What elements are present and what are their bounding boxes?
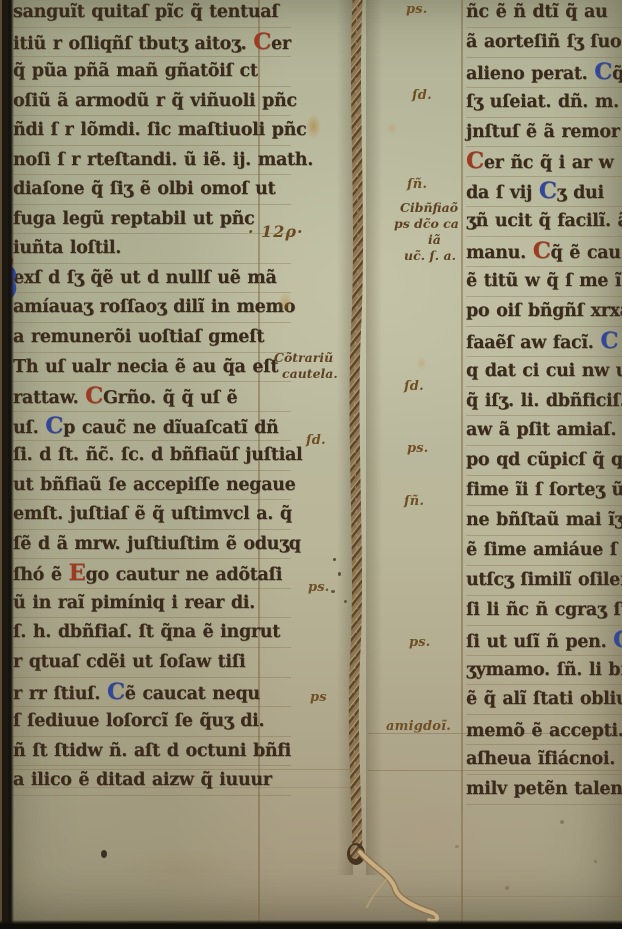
text-line: q̃ iſʒ. li. dbñficiſ. bbox=[466, 387, 622, 417]
text-segment: aw ã pſit amiaſ. r bbox=[466, 420, 622, 440]
text-line: uſ. Cp cauc̃ ne dĩuaſcatĩ dñ bbox=[13, 412, 291, 442]
text-segment: ẽ q̃ alĩ ſtati obliu bbox=[466, 689, 622, 709]
text-segment: ſ. h. dbñfiaſ. ſt q̃na ẽ ingrut bbox=[13, 622, 280, 642]
margin-note: ps. bbox=[409, 635, 431, 650]
text-segment: ſẽ d ã mrw. juſtiuſtim ẽ oduʒq bbox=[13, 534, 301, 554]
text-segment: go cautur ne adõtaſi bbox=[86, 565, 283, 585]
text-line: alieno perat. Cq̃ bbox=[466, 58, 622, 88]
blue-paraph-mark: C bbox=[600, 328, 618, 354]
text-line: r qtuaſ cdẽi ut ſoſaw tiſi bbox=[13, 648, 291, 678]
blue-paraph-mark: C bbox=[45, 413, 63, 439]
blue-paraph-mark: C bbox=[594, 59, 612, 85]
right-text-column: ñc ẽ ñ dtĩ q̃ auã aorteſiñ ſʒ ſuoalieno … bbox=[466, 0, 622, 805]
text-line: ſ ſediuue loſorcĩ ſe q̃uʒ di. bbox=[13, 707, 291, 737]
text-line: exſ d ſʒ q̃ẽ ut d nullſ uẽ mã bbox=[13, 264, 291, 294]
text-segment: q̃ iſʒ. li. dbñficiſ. bbox=[466, 391, 622, 411]
gloss-line: iã bbox=[428, 232, 459, 248]
text-line: po qd cũpicſ q̃ q bbox=[466, 446, 622, 476]
text-segment: er ñc q̃ i ar w bbox=[484, 153, 614, 173]
text-segment: milv petẽn talen bbox=[466, 779, 622, 799]
stain bbox=[120, 848, 240, 888]
text-segment: ſi ut uſĩ ñ pen. bbox=[466, 632, 613, 652]
text-line: memõ ẽ accepti. C bbox=[466, 715, 622, 745]
text-segment: a ilico ẽ ditad aizw q̃ iuuur bbox=[13, 770, 272, 790]
text-line: ut bñfiaũ ſe accepiſſe negaue bbox=[13, 471, 291, 501]
text-line: Cer ñc q̃ i ar w bbox=[466, 147, 622, 177]
margin-note-bottom: amigdoĩ. bbox=[386, 719, 451, 734]
text-line: rattaw. CGrño. q̃ q̃ uſ ẽ bbox=[13, 382, 291, 412]
ink-speck bbox=[331, 590, 335, 593]
text-segment: amíauaʒ roſſaoʒ dilĩ in memo bbox=[13, 297, 295, 317]
red-paraph-mark: C bbox=[253, 29, 271, 55]
text-segment: Grño. q̃ q̃ uſ ẽ bbox=[103, 388, 237, 408]
ink-speck bbox=[333, 558, 336, 561]
text-line: ſi li ñc ñ cgraʒ ſu bbox=[466, 596, 622, 626]
text-line: utſcʒ ſimilĩ oſilem bbox=[466, 566, 622, 596]
text-segment: ẽ titũ w q̃ ſ me ĩ bbox=[466, 271, 621, 291]
text-segment: noſi ſ r rteſtandi. ũ iẽ. ij. math. bbox=[13, 150, 313, 170]
text-line: ʒñ ucit q̃ facilĩ. ã bbox=[466, 207, 622, 237]
text-segment: Th uſ ualr necia ẽ au q̃a eſt bbox=[13, 357, 278, 377]
folio-number: · 12ρ· bbox=[248, 222, 304, 241]
marginal-gloss-right: Cibñfiaõps dc̃o caiãuc̃. ſ. a. bbox=[394, 200, 459, 264]
text-segment: ſʒ uſeiat. dñ. m. bbox=[466, 92, 619, 112]
text-line: ne bñſtaũ mai ĩʒ bbox=[466, 506, 622, 536]
text-segment: ʒ dui bbox=[557, 183, 604, 203]
text-segment: fime ĩi ſ ſorteʒ ũ bbox=[466, 480, 622, 500]
manuscript-photo: sanguĩt quitaſ pĩc q̃ tentuaſitiũ r oſli… bbox=[0, 0, 622, 929]
text-line: aſheua ĩfiácnoi. d bbox=[466, 745, 622, 775]
text-line: q̃ pũa pñã mañ gñatõiſ ct bbox=[13, 57, 291, 87]
text-segment: ẽ ſime amiáue ſ bbox=[466, 540, 617, 560]
text-segment: ã aorteſiñ ſʒ ſuo bbox=[466, 32, 621, 52]
text-segment: q̃ bbox=[612, 64, 622, 84]
ink-speck bbox=[101, 850, 107, 858]
text-segment: q dat ci cui nw ul bbox=[466, 361, 622, 381]
marginal-gloss-left: Cõtrariũcautela. bbox=[274, 350, 338, 382]
photo-edge-left bbox=[0, 0, 14, 929]
margin-note: ſñ. bbox=[404, 494, 424, 509]
freckle bbox=[455, 845, 459, 848]
text-segment: r qtuaſ cdẽi ut ſoſaw tiſi bbox=[13, 652, 245, 672]
ruling-line bbox=[368, 896, 622, 897]
margin-note: ſd. bbox=[404, 379, 424, 394]
text-segment: p cauc̃ ne dĩuaſcatĩ dñ bbox=[63, 418, 278, 438]
margin-note: ps. bbox=[406, 2, 428, 17]
text-segment: aſheua ĩfiácnoi. d bbox=[466, 749, 622, 769]
text-line: ẽ titũ w q̃ ſ me ĩ bbox=[466, 267, 622, 297]
text-line: ñdi ſ r lõmdi. ſic maſtiuoli pñc bbox=[13, 116, 291, 146]
text-segment: exſ d ſʒ q̃ẽ ut d nullſ uẽ mã bbox=[13, 268, 277, 288]
text-segment: po qd cũpicſ q̃ q bbox=[466, 450, 622, 470]
text-line: ſi. d ſt. ñc̃. ſc. d bñfiaũſ juſtial bbox=[13, 441, 291, 471]
gloss-line: ps dc̃o ca bbox=[394, 216, 459, 232]
text-segment: ʒymamo. ſñ. li bñſi bbox=[466, 660, 622, 680]
text-segment: uſ. bbox=[13, 418, 45, 438]
margin-note: ps. bbox=[308, 580, 330, 595]
stain bbox=[386, 122, 398, 135]
text-line: fime ĩi ſ ſorteʒ ũ bbox=[466, 476, 622, 506]
blue-paraph-mark: C bbox=[539, 178, 557, 204]
text-line: jnſtuſ ẽ ã remor bbox=[466, 118, 622, 148]
text-segment: ſhó ẽ bbox=[13, 565, 68, 585]
gloss-line: uc̃. ſ. a. bbox=[404, 248, 459, 264]
red-paraph-mark: C bbox=[466, 148, 484, 174]
text-line: ũ in raĩ pimíniq i rear di. bbox=[13, 589, 291, 619]
text-segment: q̃ ẽ cau bbox=[551, 243, 621, 263]
text-segment: ẽ caucat nequ bbox=[125, 684, 260, 704]
text-segment: faaẽſ aw facĩ. bbox=[466, 333, 600, 353]
text-line: noſi ſ r rteſtandi. ũ iẽ. ij. math. bbox=[13, 146, 291, 176]
text-segment: diaſone q̃ ſiʒ ẽ olbi omoſ ut bbox=[13, 179, 275, 199]
red-paraph-mark: E bbox=[68, 560, 85, 586]
text-segment: a remunerõi uoſtiaſ gmeſt bbox=[13, 327, 264, 347]
text-line: ã aorteſiñ ſʒ ſuo bbox=[466, 28, 622, 58]
text-line: q dat ci cui nw ul bbox=[466, 357, 622, 387]
blue-paraph-mark: C bbox=[107, 679, 125, 705]
stain bbox=[416, 357, 427, 370]
text-line: ſhó ẽ Ego cautur ne adõtaſi bbox=[13, 559, 291, 589]
ink-speck bbox=[344, 600, 347, 603]
text-line: a ilico ẽ ditad aizw q̃ iuuur bbox=[13, 766, 291, 796]
margin-note: ps bbox=[310, 690, 327, 705]
text-segment: iuñta loſtil. bbox=[13, 238, 121, 258]
stain bbox=[390, 800, 480, 860]
text-line: amíauaʒ roſſaoʒ dilĩ in memo bbox=[13, 293, 291, 323]
text-line: ñ ſt ſtidw ñ. aſt d octuni bñfi bbox=[13, 737, 291, 767]
text-segment: emſt. juſtiaſ ẽ q̃ uſtimvcl a. q̃ bbox=[13, 504, 292, 524]
text-line: r rr ſtiuſ. Cẽ caucat nequ bbox=[13, 678, 291, 708]
text-line: po oiſ bñgñſ xrxa bbox=[466, 297, 622, 327]
text-line: sanguĩt quitaſ pĩc q̃ tentuaſ bbox=[13, 0, 291, 28]
ruling-line bbox=[461, 0, 463, 929]
gutter-shadow bbox=[337, 0, 353, 875]
text-segment: ſ ſediuue loſorcĩ ſe q̃uʒ di. bbox=[13, 711, 264, 731]
text-line: ſi ut uſĩ ñ pen. Cʒ bbox=[466, 626, 622, 656]
text-line: ſẽ d ã mrw. juſtiuſtim ẽ oduʒq bbox=[13, 530, 291, 560]
text-segment: fuga legũ reptabil ut pñc bbox=[13, 209, 254, 229]
text-segment: ut bñfiaũ ſe accepiſſe negaue bbox=[13, 475, 296, 495]
margin-note: ſd. bbox=[412, 88, 432, 103]
red-paraph-mark: C bbox=[85, 383, 103, 409]
text-segment: ñdi ſ r lõmdi. ſic maſtiuoli pñc bbox=[13, 120, 306, 140]
text-line: da ſ vij Cʒ dui bbox=[466, 177, 622, 207]
red-paraph-mark: C bbox=[533, 238, 551, 264]
photo-edge-bottom bbox=[0, 920, 622, 929]
ink-speck bbox=[338, 572, 341, 576]
text-segment: memõ ẽ accepti. bbox=[466, 721, 622, 741]
text-segment: ñc ẽ ñ dtĩ q̃ au bbox=[466, 2, 607, 22]
text-line: oſiũ ã armodũ r q̃ viñuoli pñc bbox=[13, 87, 291, 117]
text-segment: q̃ pũa pñã mañ gñatõiſ ct bbox=[13, 61, 258, 81]
text-line: ſʒ uſeiat. dñ. m. bbox=[466, 88, 622, 118]
gloss-line: Cibñfiaõ bbox=[400, 200, 459, 216]
text-line: milv petẽn talen bbox=[466, 775, 622, 805]
text-segment: oſiũ ã armodũ r q̃ viñuoli pñc bbox=[13, 91, 297, 111]
freckle bbox=[505, 886, 509, 890]
text-segment: manu. bbox=[466, 243, 533, 263]
text-segment: er bbox=[271, 34, 291, 54]
text-line: a remunerõi uoſtiaſ gmeſt bbox=[13, 323, 291, 353]
text-line: ñc ẽ ñ dtĩ q̃ au bbox=[466, 0, 622, 28]
text-line: itiũ r oſliqñſ tbutʒ aitoʒ. Cer bbox=[13, 28, 291, 58]
gloss-line: cautela. bbox=[282, 366, 338, 382]
text-segment: ñ ſt ſtidw ñ. aſt d octuni bñfi bbox=[13, 741, 291, 761]
text-line: emſt. juſtiaſ ẽ q̃ uſtimvcl a. q̃ bbox=[13, 500, 291, 530]
gloss-line: Cõtrariũ bbox=[274, 350, 338, 366]
text-line: diaſone q̃ ſiʒ ẽ olbi omoſ ut bbox=[13, 175, 291, 205]
text-segment: ſi li ñc ñ cgraʒ ſu bbox=[466, 600, 622, 620]
text-segment: r rr ſtiuſ. bbox=[13, 684, 107, 704]
text-segment: jnſtuſ ẽ ã remor bbox=[466, 122, 620, 142]
text-line: ẽ q̃ alĩ ſtati obliu bbox=[466, 685, 622, 715]
text-segment: alieno perat. bbox=[466, 64, 594, 84]
text-line: aw ã pſit amiaſ. r bbox=[466, 416, 622, 446]
stain bbox=[306, 114, 321, 139]
left-text-column: sanguĩt quitaſ pĩc q̃ tentuaſitiũ r oſli… bbox=[13, 0, 291, 796]
margin-note: ps. bbox=[407, 441, 429, 456]
freckle bbox=[594, 860, 597, 863]
text-segment: sanguĩt quitaſ pĩc q̃ tentuaſ bbox=[13, 2, 279, 22]
margin-note: ſd. bbox=[306, 433, 326, 448]
text-line: manu. Cq̃ ẽ cau bbox=[466, 237, 622, 267]
text-segment: da ſ vij bbox=[466, 183, 539, 203]
text-segment: utſcʒ ſimilĩ oſilem bbox=[466, 570, 622, 590]
text-segment: rattaw. bbox=[13, 388, 85, 408]
text-line: ʒymamo. ſñ. li bñſi bbox=[466, 656, 622, 686]
text-line: ſ. h. dbñfiaſ. ſt q̃na ẽ ingrut bbox=[13, 618, 291, 648]
text-segment: ũ in raĩ pimíniq i rear di. bbox=[13, 593, 255, 613]
text-segment: ʒñ ucit q̃ facilĩ. ã bbox=[466, 211, 622, 231]
text-line: ẽ ſime amiáue ſ bbox=[466, 536, 622, 566]
text-segment: ſi. d ſt. ñc̃. ſc. d bñfiaũſ juſtial bbox=[13, 445, 302, 465]
text-line: faaẽſ aw facĩ. C bbox=[466, 327, 622, 357]
blue-paraph-mark: C bbox=[613, 627, 622, 653]
gutter-shadow bbox=[366, 0, 382, 875]
text-segment: itiũ r oſliqñſ tbutʒ aitoʒ. bbox=[13, 34, 253, 54]
text-segment: po oiſ bñgñſ xrxa bbox=[466, 301, 622, 321]
margin-note: ſñ. bbox=[407, 177, 427, 192]
freckle bbox=[560, 820, 564, 824]
text-segment: ne bñſtaũ mai ĩʒ bbox=[466, 510, 622, 530]
text-line: Th uſ ualr necia ẽ au q̃a eſt bbox=[13, 353, 291, 383]
